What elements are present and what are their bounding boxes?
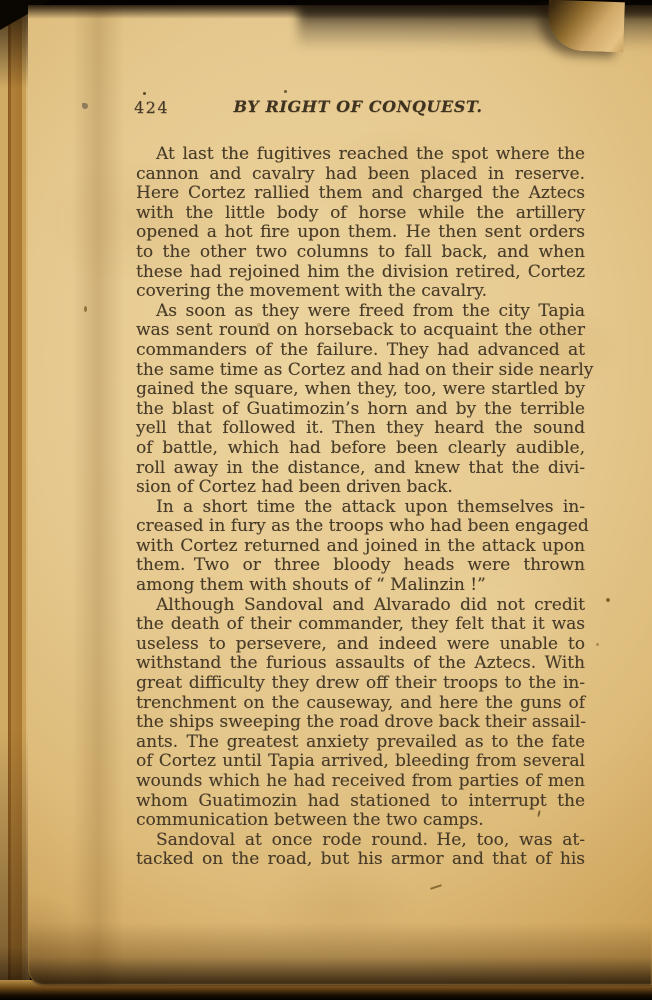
- paper-speck: [82, 103, 88, 109]
- text-line: the ships sweeping the road drove back t…: [136, 713, 585, 733]
- text-line: ants. The greatest anxiety prevailed as …: [136, 733, 585, 753]
- text-line: Sandoval at once rode round. He, too, wa…: [136, 831, 585, 851]
- bottom-edge-shadow: [28, 923, 652, 985]
- paragraph: Sandoval at once rode round. He, too, wa…: [136, 831, 585, 870]
- text-line: communication between the two camps.: [136, 811, 585, 831]
- paper-speck: [596, 643, 599, 646]
- binding-shade: [0, 0, 30, 986]
- text-line: whom Guatimozin had stationed to interru…: [136, 792, 585, 812]
- text-line: sion of Cortez had been driven back.: [136, 478, 585, 498]
- text-line: Although Sandoval and Alvarado did not c…: [136, 596, 585, 616]
- text-line: In a short time the attack upon themselv…: [136, 498, 585, 518]
- paragraph: As soon as they were freed from the city…: [136, 302, 585, 498]
- text-line: opened a hot fire upon them. He then sen…: [136, 223, 585, 243]
- text-line: wounds which he had received from partie…: [136, 772, 585, 792]
- text-line: As soon as they were freed from the city…: [136, 302, 585, 322]
- text-line: trenchment on the causeway, and here the…: [136, 694, 585, 714]
- running-title: BY RIGHT OF CONQUEST.: [132, 97, 584, 116]
- paragraph: In a short time the attack upon themselv…: [136, 498, 585, 596]
- text-body: At last the fugitives reached the spot w…: [136, 145, 585, 870]
- paper-speck: [257, 323, 261, 327]
- page-number: 424: [134, 98, 169, 117]
- text-line: roll away in the distance, and knew that…: [136, 459, 585, 479]
- paper-speck: [606, 598, 610, 602]
- text-line: the blast of Guatimozin’s horn and by th…: [136, 400, 585, 420]
- text-line: them. Two or three bloody heads were thr…: [136, 556, 585, 576]
- text-line: gained the square, when they, too, were …: [136, 380, 585, 400]
- paper-speck: [84, 306, 87, 312]
- text-line: among them with shouts of “ Malinzin !”: [136, 576, 585, 596]
- text-line: was sent round on horseback to acquaint …: [136, 321, 585, 341]
- text-line: of Cortez until Tapia arrived, bleeding …: [136, 752, 585, 772]
- paragraph: Although Sandoval and Alvarado did not c…: [136, 596, 585, 831]
- text-line: with Cortez returned and joined in the a…: [136, 537, 585, 557]
- text-line: cannon and cavalry had been placed in re…: [136, 165, 585, 185]
- text-line: withstand the furious assaults of the Az…: [136, 654, 585, 674]
- text-line: to the other two columns to fall back, a…: [136, 243, 585, 263]
- text-line: useless to persevere, and indeed were un…: [136, 635, 585, 655]
- text-line: of battle, which had before been clearly…: [136, 439, 585, 459]
- book-page: 424 BY RIGHT OF CONQUEST. At last the fu…: [28, 5, 652, 985]
- text-line: Here Cortez rallied them and charged the…: [136, 184, 585, 204]
- text-line: yell that followed it. Then they heard t…: [136, 419, 585, 439]
- text-line: these had rejoined him the division reti…: [136, 263, 585, 283]
- gutter-shadow: [72, 5, 124, 985]
- text-line: creased in fury as the troops who had be…: [136, 517, 585, 537]
- text-line: with the little body of horse while the …: [136, 204, 585, 224]
- book-photo: 424 BY RIGHT OF CONQUEST. At last the fu…: [0, 0, 652, 1000]
- paper-speck: [143, 92, 146, 95]
- text-line: the death of their commander, they felt …: [136, 615, 585, 635]
- text-line: the same time as Cortez and had on their…: [136, 361, 585, 381]
- text-line: At last the fugitives reached the spot w…: [136, 145, 585, 165]
- page-header: 424 BY RIGHT OF CONQUEST.: [132, 97, 584, 119]
- text-line: commanders of the failure. They had adva…: [136, 341, 585, 361]
- text-line: covering the movement with the cavalry.: [136, 282, 585, 302]
- text-line: tacked on the road, but his armor and th…: [136, 850, 585, 870]
- paper-speck: [284, 90, 287, 93]
- text-line: great difficulty they drew off their tro…: [136, 674, 585, 694]
- paragraph: At last the fugitives reached the spot w…: [136, 145, 585, 302]
